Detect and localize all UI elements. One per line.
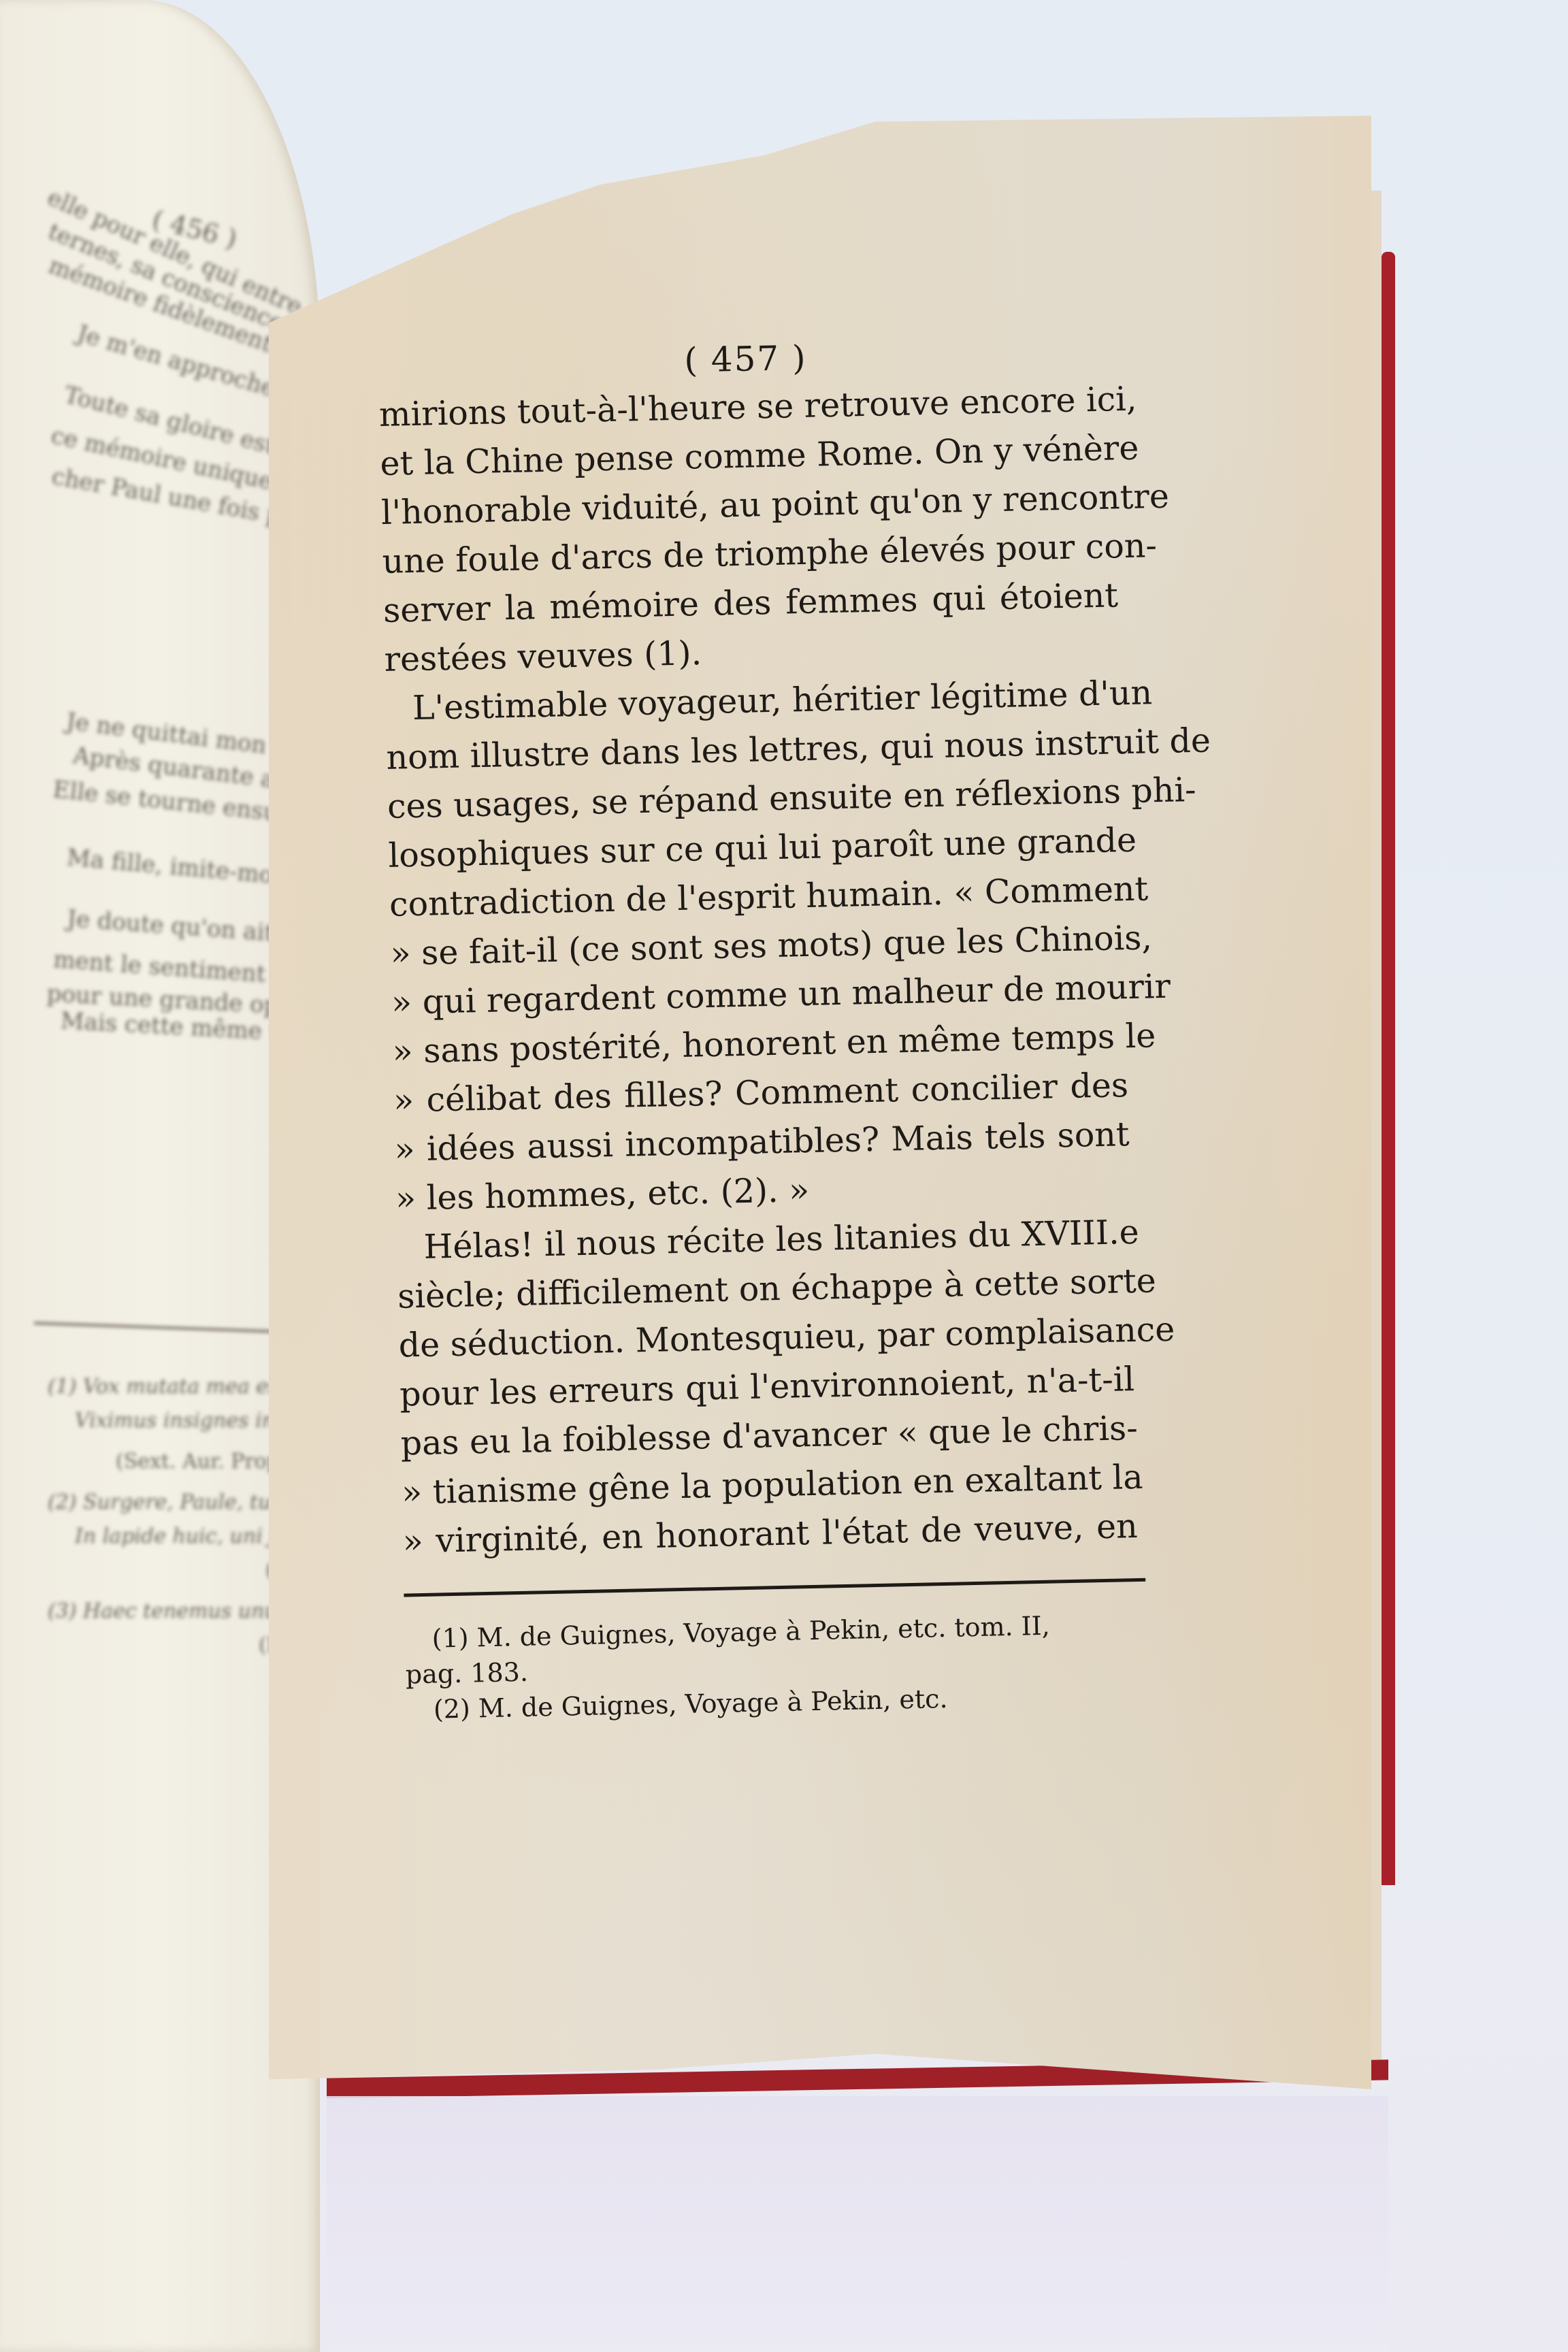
red-book-cover-edge	[1382, 252, 1395, 1885]
right-page-text: ( 457 ) mirions tout-à-l'heure se retrou…	[378, 331, 1141, 1727]
surface-reflection	[327, 2096, 1388, 2352]
footnote-rule	[404, 1578, 1145, 1597]
